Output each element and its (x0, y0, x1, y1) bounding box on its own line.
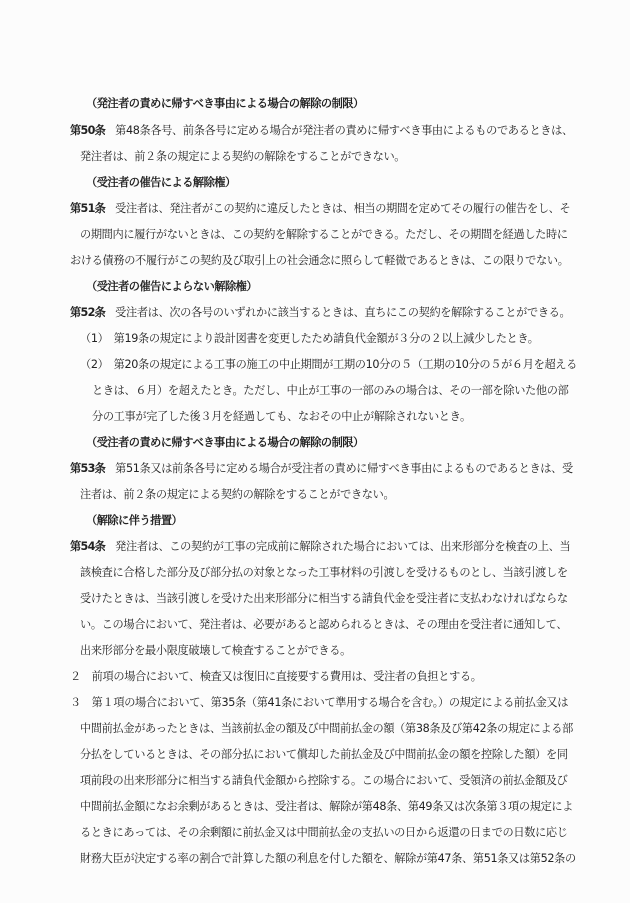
paragraph-continued: るときにあっては、その余剰額に前払金又は中間前払金の支払いの日から返還の日までの… (80, 826, 568, 840)
section-heading: （受注者の催告によらない解除権） (86, 280, 257, 294)
article-text-continued: 受けたときは、当該引渡しを受けた出来形部分に相当する請負代金を受注者に支払わなけ… (80, 592, 568, 606)
article-53: 第53条第51条又は前条各号に定める場合が受注者の責めに帰すべき事由によるもので… (70, 462, 573, 476)
article-number: 第53条 (70, 462, 105, 475)
article-text: 受注者は、発注者がこの契約に違反したときは、相当の期間を定めてその履行の催告をし… (115, 202, 570, 215)
section-heading: （発注者の責めに帰すべき事由による場合の解除の制限） (86, 97, 364, 111)
article-text-continued: 出来形部分を最小限度破壊して検査することができる。 (80, 644, 351, 658)
document-page: （発注者の責めに帰すべき事由による場合の解除の制限） 第50条第48条各号、前条… (0, 0, 630, 903)
article-text: 第48条各号、前条各号に定める場合が発注者の責めに帰すべき事由によるものであると… (115, 124, 573, 137)
section-heading: （受注者の催告による解除権） (86, 176, 236, 190)
list-item-continued: ときは、６月）を超えたとき。ただし、中止が工事の一部のみの場合は、その一部を除い… (92, 384, 568, 398)
article-text: 第51条又は前条各号に定める場合が受注者の責めに帰すべき事由によるものであるとき… (115, 462, 573, 475)
article-text-continued: おける債務の不履行がこの契約及び取引上の社会通念に照らして軽微であるときは、この… (70, 254, 569, 268)
article-54: 第54条発注者は、この契約が工事の完成前に解除された場合においては、出来形部分を… (70, 540, 570, 554)
article-text-continued: 該検査に合格した部分及び部分払の対象となった工事材料の引渡しを受けるものとし、当… (80, 566, 568, 580)
section-heading: （解除に伴う措置） (86, 514, 182, 528)
article-text-continued: 発注者は、前２条の規定による契約の解除をすることができない。 (80, 150, 405, 164)
list-item-2: （2） 第20条の規定による工事の施工の中止期間が工期の10分の５（工期の10分… (80, 358, 577, 372)
paragraph-continued: 中間前払金があったときは、当該前払金の額及び中間前払金の額（第38条及び第42条… (80, 722, 573, 736)
article-number: 第52条 (70, 306, 105, 319)
article-number: 第50条 (70, 124, 105, 137)
paragraph-continued: 分払をしているときは、その部分払において償却した前払金及び中間前払金の額を控除し… (80, 748, 568, 762)
article-52: 第52条受注者は、次の各号のいずれかに該当するときは、直ちにこの契約を解除するこ… (70, 306, 570, 320)
list-item-continued: 分の工事が完了した後３月を経過しても、なおその中止が解除されないとき。 (92, 410, 471, 424)
paragraph-continued: 財務大臣が決定する率の割合で計算した額の利息を付した額を、解除が第47条、第51… (80, 852, 576, 866)
article-text-continued: の期間内に履行がないときは、この契約を解除することができる。ただし、その期間を経… (80, 228, 568, 242)
paragraph-continued: 中間前払金額になお余剰があるときは、受注者は、解除が第48条、第49条又は次条第… (80, 800, 573, 814)
article-50: 第50条第48条各号、前条各号に定める場合が発注者の責めに帰すべき事由によるもの… (70, 124, 573, 138)
paragraph-2: ２ 前項の場合において、検査又は復旧に直接要する費用は、受注者の負担とする。 (70, 670, 482, 684)
article-text-continued: い。この場合において、発注者は、必要があると認められるときは、その理由を受注者に… (80, 618, 567, 632)
paragraph-3: ３ 第１項の場合において、第35条（第41条において準用する場合を含む。）の規定… (70, 696, 568, 710)
article-number: 第51条 (70, 202, 105, 215)
paragraph-continued: 項前段の出来形部分に相当する請負代金額から控除する。この場合において、受領済の前… (80, 774, 567, 788)
article-51: 第51条受注者は、発注者がこの契約に違反したときは、相当の期間を定めてその履行の… (70, 202, 570, 216)
section-heading: （受注者の責めに帰すべき事由による場合の解除の制限） (86, 436, 364, 450)
article-number: 第54条 (70, 540, 105, 553)
list-item-1: （1） 第19条の規定により設計図書を変更したため請負代金額が３分の２以上減少し… (80, 332, 539, 346)
article-text: 受注者は、次の各号のいずれかに該当するときは、直ちにこの契約を解除することができ… (115, 306, 570, 319)
article-text-continued: 注者は、前２条の規定による契約の解除をすることができない。 (80, 488, 394, 502)
article-text: 発注者は、この契約が工事の完成前に解除された場合においては、出来形部分を検査の上… (115, 540, 570, 553)
